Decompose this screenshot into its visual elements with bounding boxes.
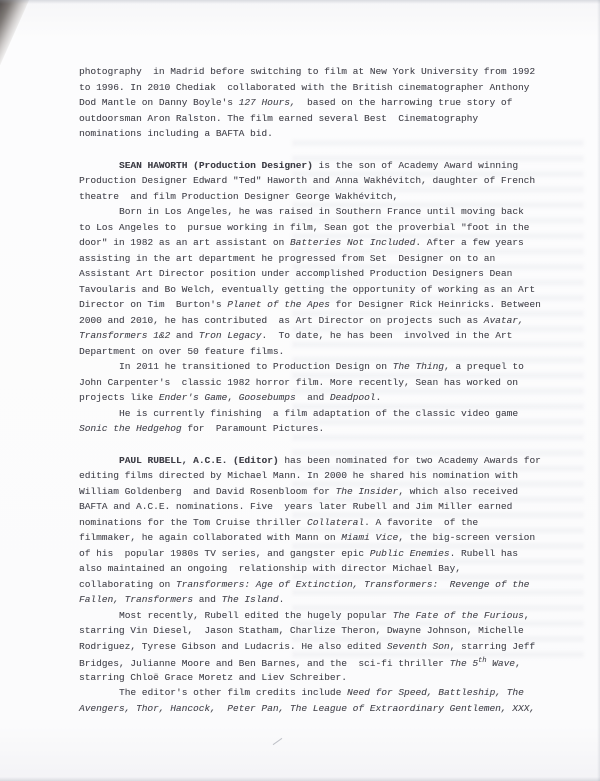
paragraph: The editor's other film credits include …	[79, 685, 554, 716]
text-segment: The Island	[222, 594, 279, 605]
text-segment: outdoorsman Aron Ralston. The film earne…	[79, 113, 478, 124]
text-segment: Batteries Not Included	[290, 237, 415, 248]
text-line: SEAN HAWORTH (Production Designer) is th…	[79, 158, 554, 174]
text-segment: Planet of the Apes	[227, 299, 330, 310]
text-segment: nominations for the Tom Cruise thriller	[79, 517, 307, 528]
text-segment: for Paramount Pictures.	[182, 423, 325, 434]
text-line: editing films directed by Michael Mann. …	[79, 468, 554, 484]
text-segment: , the big-screen version	[398, 532, 535, 543]
text-line: outdoorsman Aron Ralston. The film earne…	[79, 111, 554, 127]
text-segment: photography in Madrid before switching t…	[79, 66, 535, 77]
text-segment: John Carpenter's classic 1982 horror fil…	[79, 377, 518, 388]
text-segment: Most recently, Rubell edited the hugely …	[119, 610, 393, 621]
page-corner-shadow	[0, 0, 34, 70]
text-line: Avengers, Thor, Hancock, Peter Pan, The …	[79, 701, 554, 717]
text-segment: and	[296, 392, 330, 403]
text-line: of his popular 1980s TV series, and gang…	[79, 546, 554, 562]
text-segment: 127 Hours,	[239, 97, 296, 108]
text-segment: has been nominated for two Academy Award…	[279, 455, 541, 466]
text-segment: Rodriguez, Tyrese Gibson and Ludacris. H…	[79, 641, 387, 652]
text-segment: based on the harrowing true story of	[296, 97, 513, 108]
text-line: assisting in the art department he progr…	[79, 251, 554, 267]
text-line: Department on over 50 feature films.	[79, 344, 554, 360]
text-segment: .	[279, 594, 285, 605]
paragraph: He is currently finishing a film adaptat…	[79, 406, 554, 437]
text-line: In 2011 he transitioned to Production De…	[79, 359, 554, 375]
text-segment: assisting in the art department he progr…	[79, 253, 495, 264]
paragraph: In 2011 he transitioned to Production De…	[79, 359, 554, 406]
text-line: projects like Ender's Game, Goosebumps a…	[79, 390, 554, 406]
scanned-page: photography in Madrid before switching t…	[0, 0, 600, 781]
text-segment: . A favorite of the	[364, 517, 478, 528]
text-segment: to 1996. In 2010 Chediak collaborated wi…	[79, 82, 529, 93]
paragraph: photography in Madrid before switching t…	[79, 64, 554, 142]
text-line: Tavoularis and Bo Welch, eventually gett…	[79, 282, 554, 298]
text-segment: The editor's other film credits include	[119, 687, 347, 698]
text-segment: Wave	[486, 658, 515, 669]
text-segment: Department on over 50 feature films.	[79, 346, 284, 357]
text-segment: Need for Speed, Battleship, The	[347, 687, 524, 698]
text-segment: Seventh Son	[387, 641, 450, 652]
text-line: The editor's other film credits include …	[79, 685, 554, 701]
scan-edge-bottom	[0, 777, 600, 781]
document-text: photography in Madrid before switching t…	[79, 64, 554, 716]
paragraph: Most recently, Rubell edited the hugely …	[79, 608, 554, 686]
text-segment: He is currently finishing a film adaptat…	[119, 408, 518, 419]
text-line: William Goldenberg and David Rosenbloom …	[79, 484, 554, 500]
text-line: John Carpenter's classic 1982 horror fil…	[79, 375, 554, 391]
text-segment: Goosebumps	[239, 392, 296, 403]
text-segment: The Insider	[336, 486, 399, 497]
text-line: photography in Madrid before switching t…	[79, 64, 554, 80]
text-line: Sonic the Hedgehog for Paramount Picture…	[79, 421, 554, 437]
text-line: Transformers 1&2 and Tron Legacy. To dat…	[79, 328, 554, 344]
text-segment: SEAN HAWORTH (Production Designer)	[119, 160, 313, 171]
text-line: Director on Tim Burton's Planet of the A…	[79, 297, 554, 313]
text-segment: also maintained an ongoing relationship …	[79, 563, 461, 574]
text-segment: editing films directed by Michael Mann. …	[79, 470, 518, 481]
text-segment: and	[193, 594, 222, 605]
text-segment: , a prequel to	[444, 361, 524, 372]
text-segment: In 2011 he transitioned to Production De…	[119, 361, 393, 372]
text-line: 2000 and 2010, he has contributed as Art…	[79, 313, 554, 329]
text-segment: is the son of Academy Award winning	[313, 160, 518, 171]
text-segment: Transformers: Age of Extinction, Transfo…	[176, 579, 529, 590]
text-line: Production Designer Edward "Ted" Haworth…	[79, 173, 554, 189]
text-segment: Dod Mantle on Danny Boyle's	[79, 97, 239, 108]
text-segment: for Designer Rick Heinricks. Between	[330, 299, 541, 310]
text-segment: Fallen, Transformers	[79, 594, 193, 605]
paragraph: PAUL RUBELL, A.C.E. (Editor) has been no…	[79, 453, 554, 608]
text-line: BAFTA and A.C.E. nominations. Five years…	[79, 499, 554, 515]
text-segment: Deadpool	[330, 392, 376, 403]
text-line: Dod Mantle on Danny Boyle's 127 Hours, b…	[79, 95, 554, 111]
text-segment: ,	[524, 610, 530, 621]
text-line: door" in 1982 as an art assistant on Bat…	[79, 235, 554, 251]
text-segment: to Los Angeles to pursue working in film…	[79, 222, 529, 233]
text-segment: BAFTA and A.C.E. nominations. Five years…	[79, 501, 512, 512]
text-segment: Director on Tim Burton's	[79, 299, 227, 310]
text-segment: Ender's Game	[159, 392, 227, 403]
text-segment: , starring Jeff	[450, 641, 536, 652]
scan-edge-top	[0, 0, 600, 4]
text-segment: William Goldenberg and David Rosenbloom …	[79, 486, 336, 497]
text-segment: and	[170, 330, 199, 341]
text-segment: The Fate of the Furious	[393, 610, 524, 621]
text-segment: projects like	[79, 392, 159, 403]
text-segment: Born in Los Angeles, he was raised in So…	[119, 206, 524, 217]
text-segment: filmmaker, he again collaborated with Ma…	[79, 532, 341, 543]
text-line: He is currently finishing a film adaptat…	[79, 406, 554, 422]
text-line: Fallen, Transformers and The Island.	[79, 592, 554, 608]
text-line: to Los Angeles to pursue working in film…	[79, 220, 554, 236]
text-segment: PAUL RUBELL, A.C.E. (Editor)	[119, 455, 279, 466]
text-segment: Collateral	[307, 517, 364, 528]
text-line: starring Vin Diesel, Jason Statham, Char…	[79, 623, 554, 639]
text-segment: Miami Vice	[341, 532, 398, 543]
text-segment: Production Designer Edward "Ted" Haworth…	[79, 175, 535, 186]
text-line: filmmaker, he again collaborated with Ma…	[79, 530, 554, 546]
text-line: Rodriguez, Tyrese Gibson and Ludacris. H…	[79, 639, 554, 655]
text-line: nominations for the Tom Cruise thriller …	[79, 515, 554, 531]
text-line: PAUL RUBELL, A.C.E. (Editor) has been no…	[79, 453, 554, 469]
text-line: starring Chloë Grace Moretz and Liev Sch…	[79, 670, 554, 686]
text-segment: theatre and film Production Designer Geo…	[79, 191, 398, 202]
text-segment: Bridges, Julianne Moore and Ben Barnes, …	[79, 658, 450, 669]
text-segment: Tavoularis and Bo Welch, eventually gett…	[79, 284, 535, 295]
text-segment: . Rubell has	[450, 548, 518, 559]
text-segment: Transformers 1&2	[79, 330, 170, 341]
text-segment: Tron Legacy	[199, 330, 262, 341]
text-segment: Public Enemies	[370, 548, 450, 559]
text-line: Bridges, Julianne Moore and Ben Barnes, …	[79, 654, 554, 670]
text-segment: collaborating on	[79, 579, 176, 590]
text-segment: door" in 1982 as an art assistant on	[79, 237, 290, 248]
text-segment: The 5	[450, 658, 479, 669]
text-segment: ,	[515, 658, 521, 669]
text-line: nominations including a BAFTA bid.	[79, 126, 554, 142]
text-segment: nominations including a BAFTA bid.	[79, 128, 273, 139]
scan-scratch	[273, 738, 283, 745]
text-segment: 2000 and 2010, he has contributed as Art…	[79, 315, 484, 326]
text-line: also maintained an ongoing relationship …	[79, 561, 554, 577]
text-segment: of his popular 1980s TV series, and gang…	[79, 548, 370, 559]
text-segment: The Thing	[393, 361, 444, 372]
text-line: Born in Los Angeles, he was raised in So…	[79, 204, 554, 220]
text-line: Assistant Art Director position under ac…	[79, 266, 554, 282]
text-segment: .	[376, 392, 382, 403]
text-line: to 1996. In 2010 Chediak collaborated wi…	[79, 80, 554, 96]
text-segment: Avengers, Thor, Hancock, Peter Pan, The …	[79, 703, 535, 714]
paragraph: SEAN HAWORTH (Production Designer) is th…	[79, 158, 554, 205]
text-segment: , which also received	[398, 486, 518, 497]
text-segment: Avatar,	[484, 315, 524, 326]
text-segment: . To date, he has been involved in the A…	[261, 330, 512, 341]
text-segment: starring Vin Diesel, Jason Statham, Char…	[79, 625, 524, 636]
text-line: theatre and film Production Designer Geo…	[79, 189, 554, 205]
text-line: collaborating on Transformers: Age of Ex…	[79, 577, 554, 593]
paragraph: Born in Los Angeles, he was raised in So…	[79, 204, 554, 359]
text-line: Most recently, Rubell edited the hugely …	[79, 608, 554, 624]
text-segment: . After a few years	[415, 237, 523, 248]
text-segment: Assistant Art Director position under ac…	[79, 268, 512, 279]
text-segment: Sonic the Hedgehog	[79, 423, 182, 434]
text-segment: starring Chloë Grace Moretz and Liev Sch…	[79, 672, 347, 683]
text-segment: ,	[227, 392, 238, 403]
